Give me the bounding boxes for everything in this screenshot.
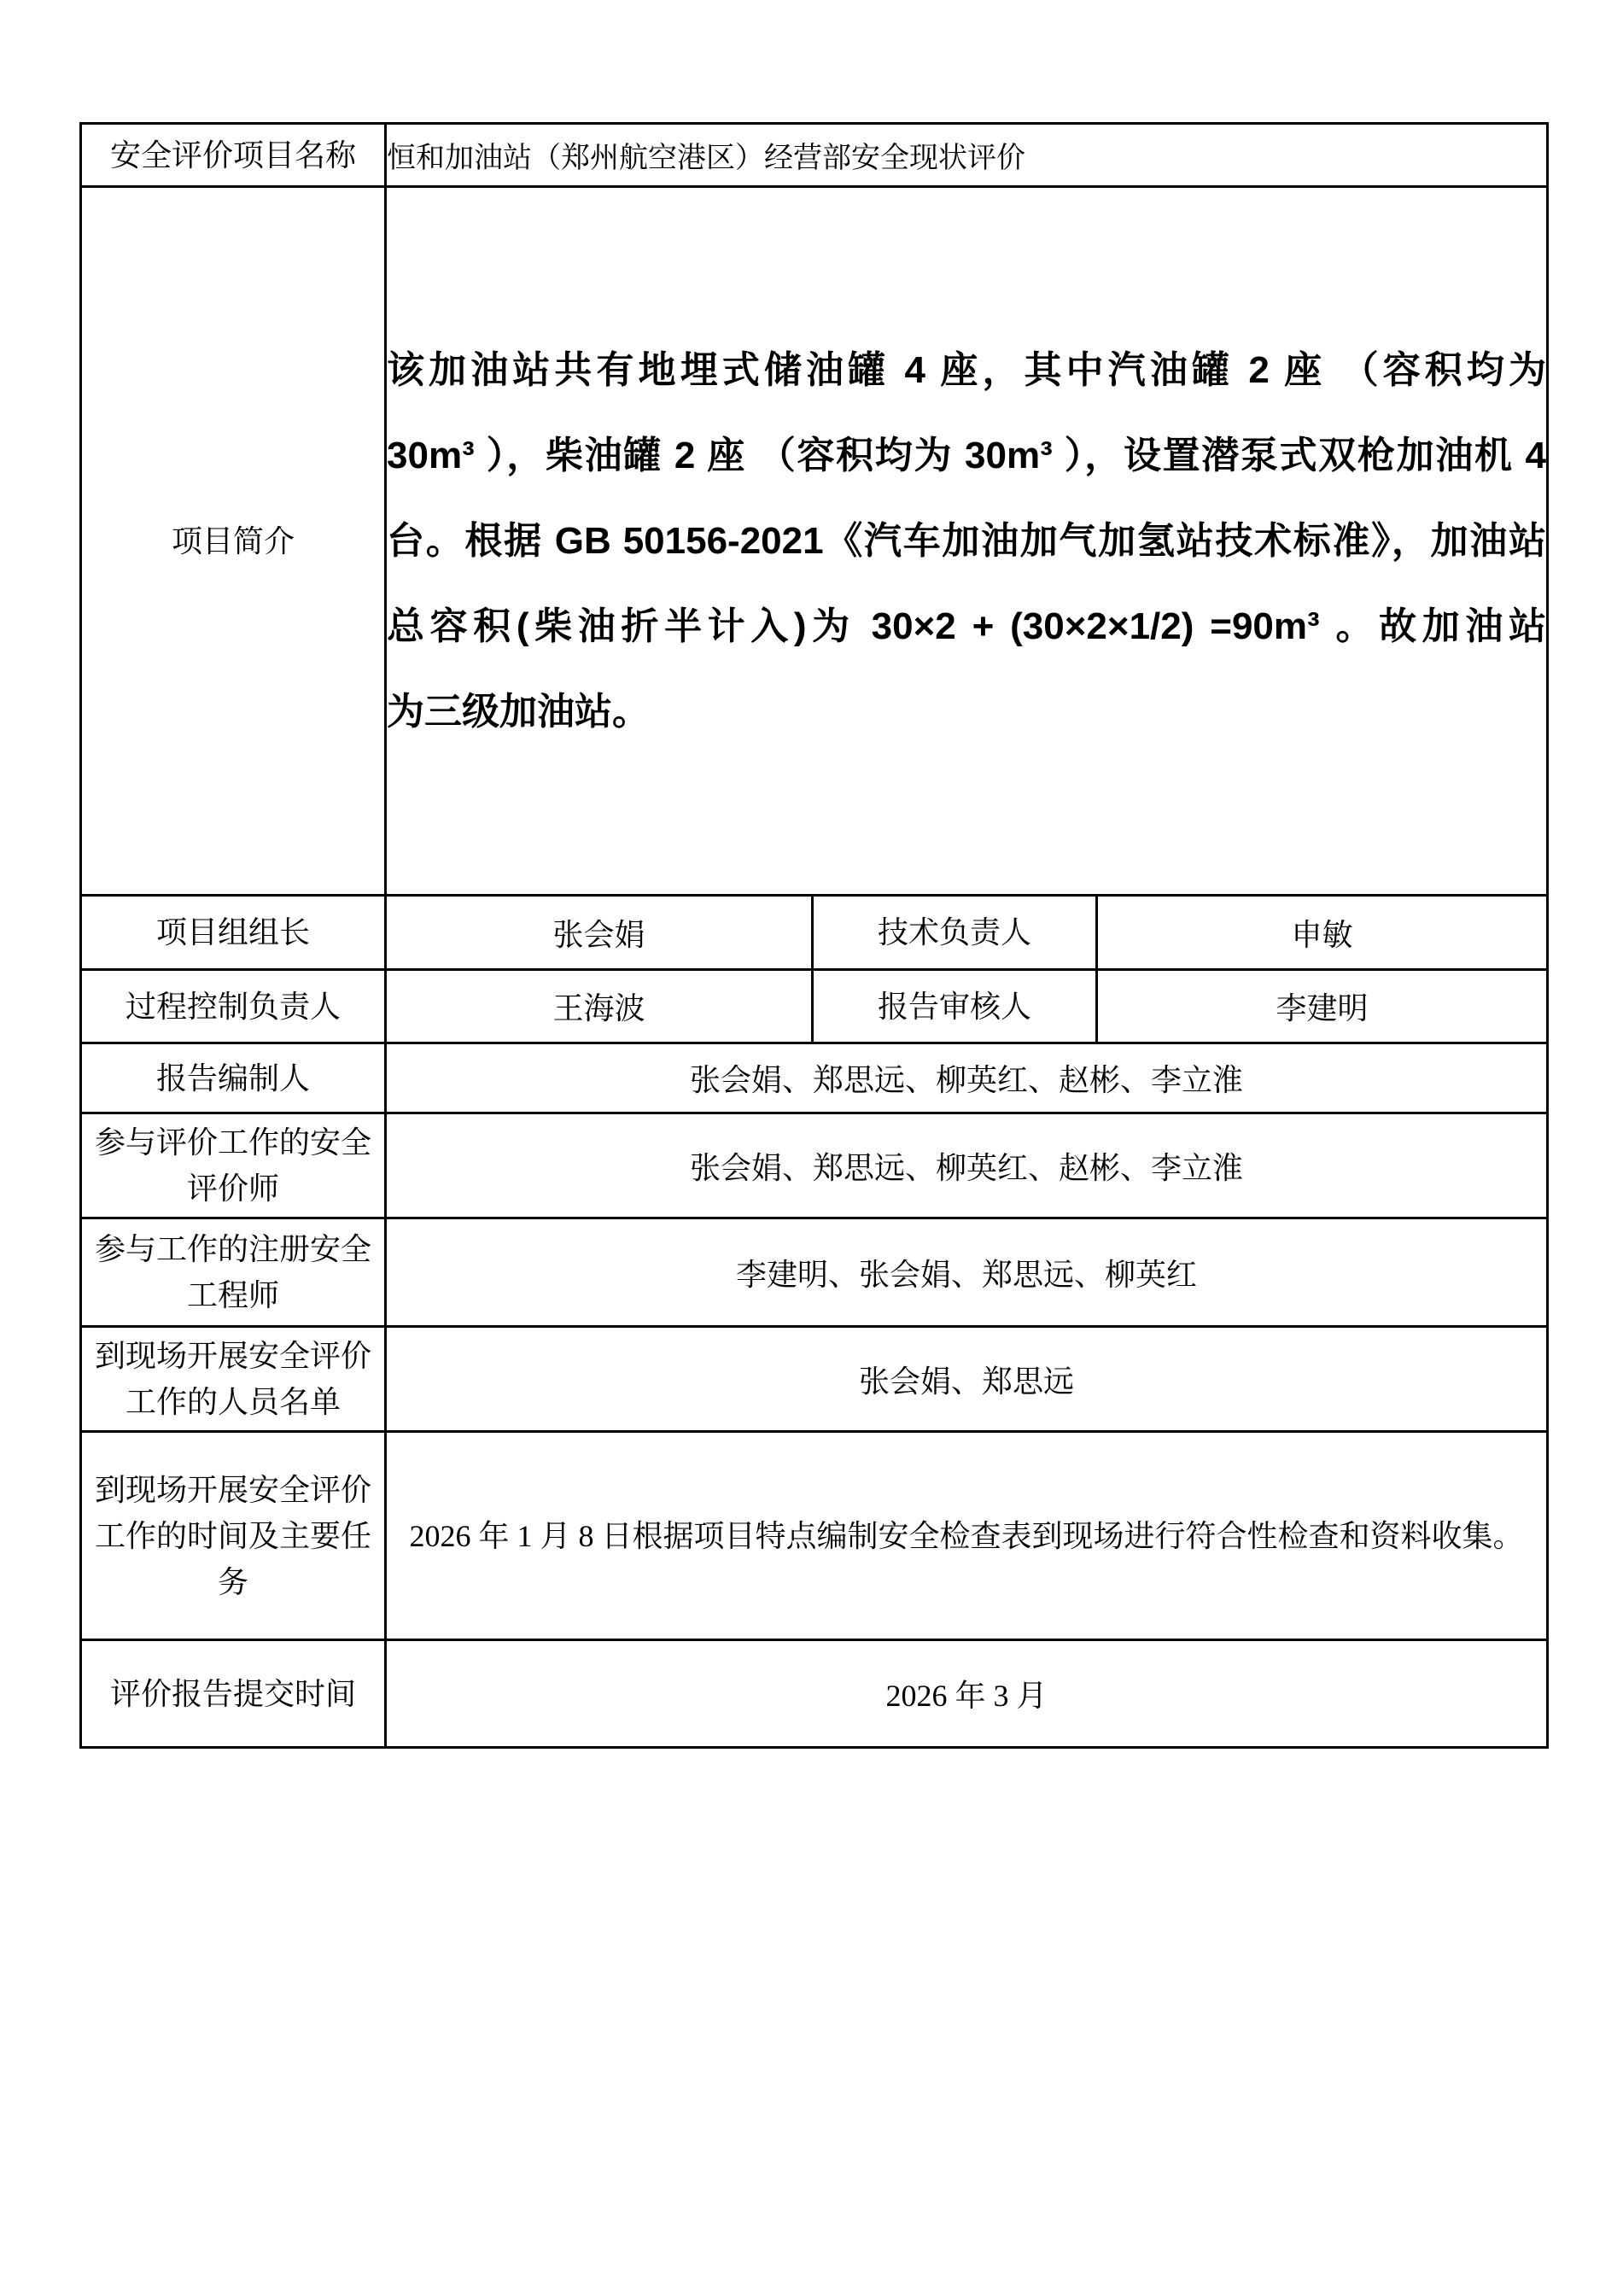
document-page: 安全评价项目名称 恒和加油站（郑州航空港区）经营部安全现状评价 项目简介 该加油… [0,0,1623,2296]
process-control-label: 过程控制负责人 [81,970,386,1043]
site-visit-time-tasks-value: 2026 年 1 月 8 日根据项目特点编制安全检查表到现场进行符合性检查和资料… [386,1432,1548,1640]
intro-line-5: 为三级加油站。 [387,669,1546,755]
project-name-value: 恒和加油站（郑州航空港区）经营部安全现状评价 [386,124,1548,187]
report-compilers-label: 报告编制人 [81,1043,386,1113]
intro-line-4: 总容积(柴油折半计入)为 30×2 + (30×2×1/2) =90m³ 。故加… [387,584,1546,669]
row-report-compilers: 报告编制人 张会娟、郑思远、柳英红、赵彬、李立淮 [81,1043,1548,1113]
project-intro-label: 项目简介 [81,187,386,896]
row-report-submission-time: 评价报告提交时间 2026 年 3 月 [81,1640,1548,1748]
row-project-name: 安全评价项目名称 恒和加油站（郑州航空港区）经营部安全现状评价 [81,124,1548,187]
registered-engineers-value: 李建明、张会娟、郑思远、柳英红 [386,1218,1548,1327]
intro-line-2: 30m³ ），柴油罐 2 座 （容积均为 30m³ ），设置潜泵式双枪加油机 4 [387,413,1546,499]
project-name-label: 安全评价项目名称 [81,124,386,187]
team-leader-label: 项目组组长 [81,896,386,970]
row-process-control: 过程控制负责人 王海波 报告审核人 李建明 [81,970,1548,1043]
report-reviewer-label: 报告审核人 [813,970,1097,1043]
report-reviewer-value: 李建明 [1097,970,1548,1043]
participating-evaluators-value: 张会娟、郑思远、柳英红、赵彬、李立淮 [386,1113,1548,1218]
technical-lead-value: 申敏 [1097,896,1548,970]
report-submission-time-value: 2026 年 3 月 [386,1640,1548,1748]
participating-evaluators-label: 参与评价工作的安全评价师 [81,1113,386,1218]
site-visit-time-tasks-label: 到现场开展安全评价工作的时间及主要任务 [81,1432,386,1640]
row-team-leader: 项目组组长 张会娟 技术负责人 申敏 [81,896,1548,970]
site-visit-personnel-value: 张会娟、郑思远 [386,1327,1548,1432]
row-site-visit-personnel: 到现场开展安全评价工作的人员名单 张会娟、郑思远 [81,1327,1548,1432]
row-project-intro: 项目简介 该加油站共有地埋式储油罐 4 座，其中汽油罐 2 座 （容积均为 30… [81,187,1548,896]
project-intro-value: 该加油站共有地埋式储油罐 4 座，其中汽油罐 2 座 （容积均为 30m³ ），… [386,187,1548,896]
row-participating-evaluators: 参与评价工作的安全评价师 张会娟、郑思远、柳英红、赵彬、李立淮 [81,1113,1548,1218]
row-site-visit-time-tasks: 到现场开展安全评价工作的时间及主要任务 2026 年 1 月 8 日根据项目特点… [81,1432,1548,1640]
row-registered-engineers: 参与工作的注册安全工程师 李建明、张会娟、郑思远、柳英红 [81,1218,1548,1327]
intro-line-1: 该加油站共有地埋式储油罐 4 座，其中汽油罐 2 座 （容积均为 [387,328,1546,413]
evaluation-info-table: 安全评价项目名称 恒和加油站（郑州航空港区）经营部安全现状评价 项目简介 该加油… [79,122,1549,1749]
report-compilers-value: 张会娟、郑思远、柳英红、赵彬、李立淮 [386,1043,1548,1113]
intro-line-3: 台。根据 GB 50156-2021《汽车加油加气加氢站技术标准》，加油站 [387,499,1546,584]
team-leader-value: 张会娟 [386,896,813,970]
process-control-value: 王海波 [386,970,813,1043]
registered-engineers-label: 参与工作的注册安全工程师 [81,1218,386,1327]
report-submission-time-label: 评价报告提交时间 [81,1640,386,1748]
technical-lead-label: 技术负责人 [813,896,1097,970]
site-visit-personnel-label: 到现场开展安全评价工作的人员名单 [81,1327,386,1432]
